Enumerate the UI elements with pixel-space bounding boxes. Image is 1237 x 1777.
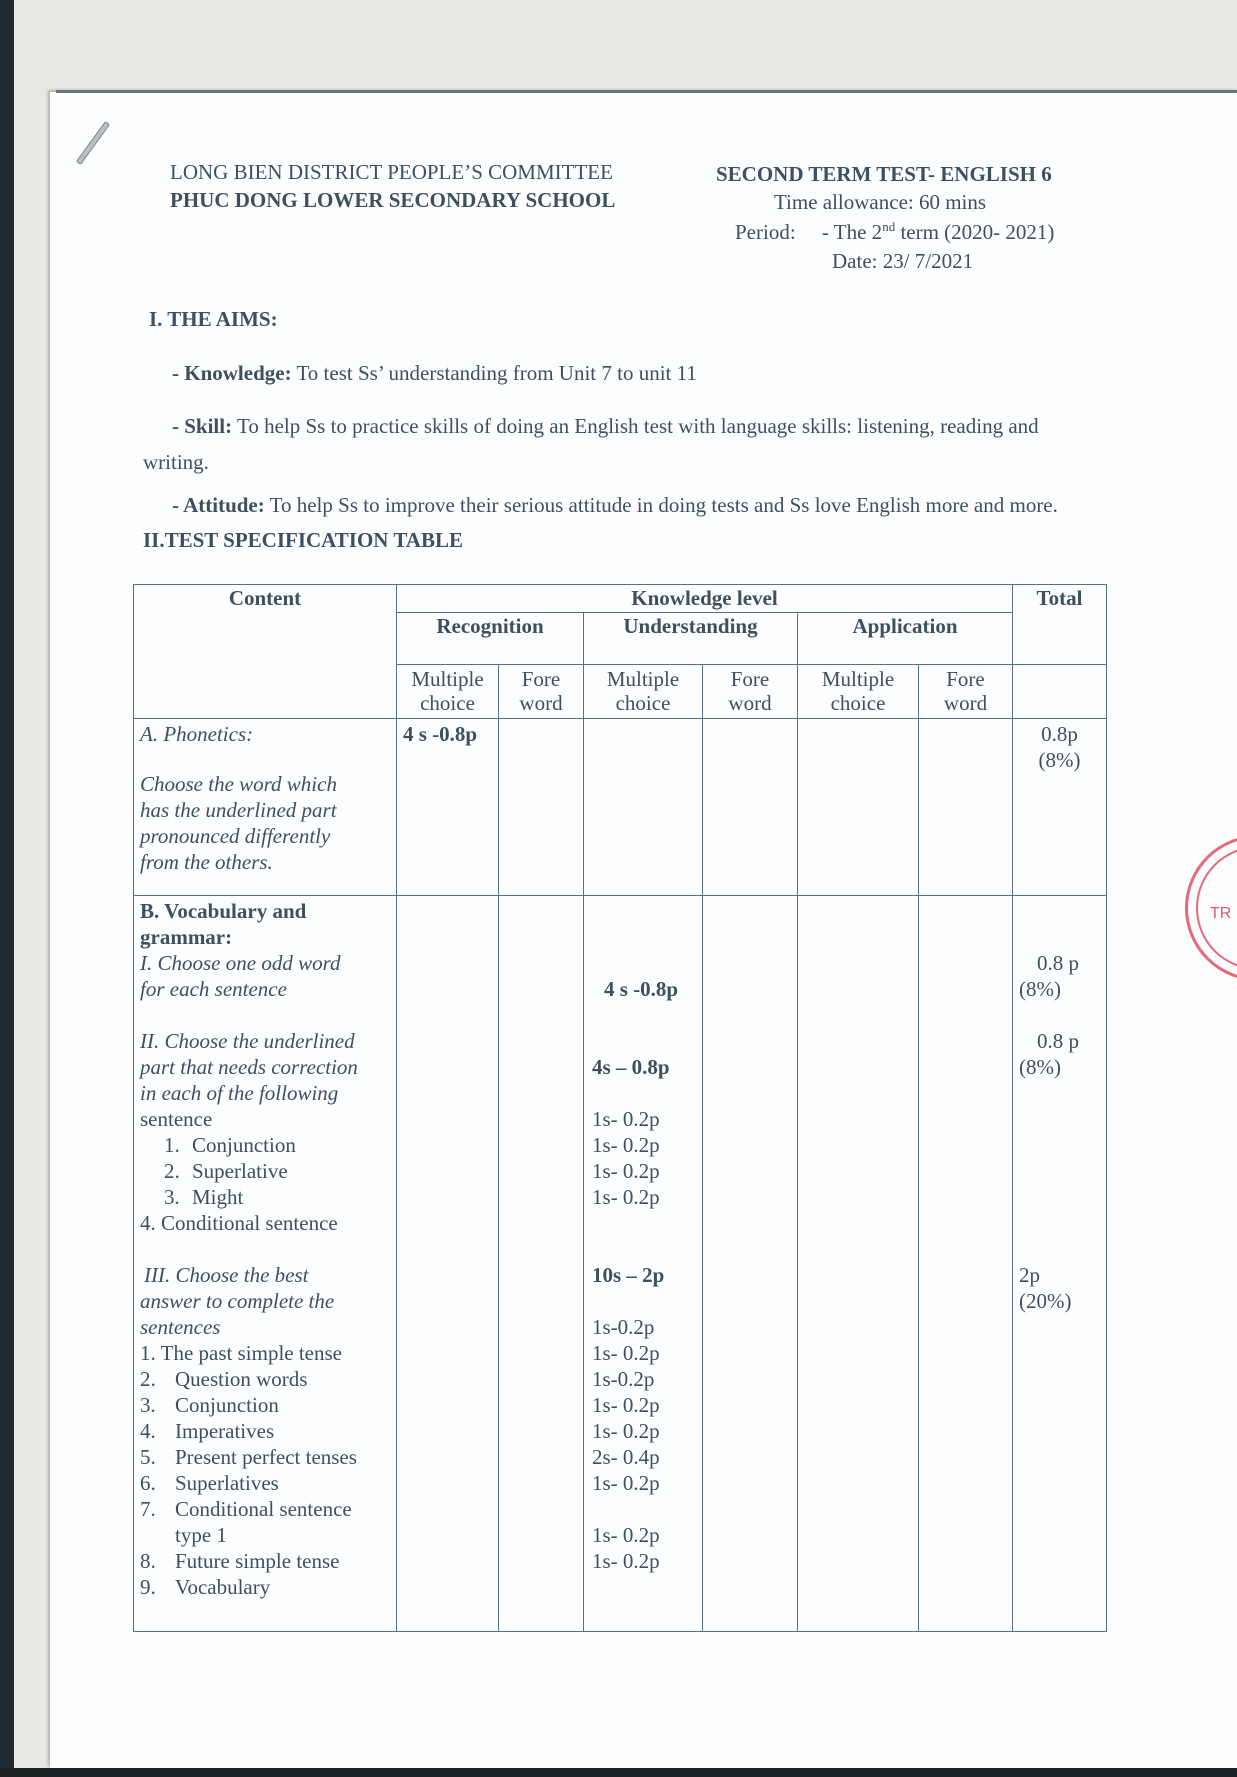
aim-skill: - Skill: To help Ss to practice skills o… [172,414,1152,439]
mc-line1: Multiple [804,667,912,691]
part2-score: 4s – 0.8p [592,1054,696,1080]
section-a-desc: pronounced differently [140,823,390,849]
aim-skill-cont: writing. [143,450,209,475]
item-score: 1s- 0.2p [592,1548,696,1574]
header-rec-mc: Multiplechoice [397,665,499,719]
period-label: Period: [735,220,796,244]
header-recognition: Recognition [397,613,584,665]
header-knowledge-level: Knowledge level [397,585,1013,613]
aim-attitude: - Attitude: To help Ss to improve their … [172,493,1058,518]
empty-cell [397,896,499,1632]
part3-desc: sentences [140,1314,390,1340]
list-item: 9.Vocabulary [140,1574,390,1600]
committee-name: LONG BIEN DISTRICT PEOPLE’S COMMITTEE [170,158,615,186]
fw-line1: Fore [925,667,1006,691]
item-score: 1s- 0.2p [592,1418,696,1444]
empty-cell [703,896,798,1632]
spec-table: Content Knowledge level Total Recognitio… [133,584,1107,1632]
total-percent: (20%) [1019,1288,1100,1314]
knowledge-label: - Knowledge: [172,361,292,385]
item-label: Present perfect tenses [175,1445,357,1469]
school-header: LONG BIEN DISTRICT PEOPLE’S COMMITTEE PH… [170,158,615,214]
mc-line2: choice [590,691,696,715]
scan-edge [0,0,14,1777]
fw-line2: word [505,691,577,715]
part1-desc: for each sentence [140,976,390,1002]
aims-heading: I. THE AIMS: [149,307,278,332]
test-date: Date: 23/ 7/2021 [832,249,973,274]
part2-desc: in each of the following [140,1080,390,1106]
section-a-rec-mc: 4 s -0.8p [397,719,499,896]
test-header: SECOND TERM TEST- ENGLISH 6 Time allowan… [730,160,1030,216]
list-item: 8.Future simple tense [140,1548,390,1574]
section-a-content: A. Phonetics: Choose the word which has … [134,719,397,896]
empty-cell [499,719,584,896]
item-label: Conjunction [192,1133,296,1157]
item-label: Imperatives [175,1419,274,1443]
page-edge [56,90,1237,93]
period-suffix: term (2020- 2021) [895,220,1054,244]
mc-line2: choice [403,691,492,715]
spec-heading: II.TEST SPECIFICATION TABLE [143,528,463,553]
section-b-und-mc: 4 s -0.8p 4s – 0.8p 1s- 0.2p 1s- 0.2p 1s… [584,896,703,1632]
header-rec-fw: Foreword [499,665,584,719]
attitude-label: - Attitude: [172,493,265,517]
empty-cell [499,896,584,1632]
item-num: 3. [164,1184,192,1210]
item-label: Might [192,1185,243,1209]
empty-cell [584,719,703,896]
item-num: 5. [140,1444,175,1470]
table-row-vocab-grammar: B. Vocabulary and grammar: I. Choose one… [134,896,1107,1632]
mc-line1: Multiple [590,667,696,691]
item-num: 1. [164,1132,192,1158]
part3-score: 10s – 2p [592,1262,696,1288]
list-item: 4.Imperatives [140,1418,390,1444]
fw-line2: word [709,691,791,715]
item-score: 1s- 0.2p [592,1158,696,1184]
item-label: Future simple tense [175,1549,339,1573]
list-item: type 1 [140,1522,390,1548]
section-b-total: 0.8 p (8%) 0.8 p (8%) 2p (20%) [1013,896,1107,1632]
list-item: 3.Might [140,1184,390,1210]
item-score: 1s- 0.2p [592,1470,696,1496]
section-a-desc: has the underlined part [140,797,390,823]
item-label: Vocabulary [175,1575,270,1599]
section-b-content: B. Vocabulary and grammar: I. Choose one… [134,896,397,1632]
period: Period: - The 2nd term (2020- 2021) [735,219,1054,245]
fw-line1: Fore [709,667,791,691]
aim-knowledge: - Knowledge: To test Ss’ understanding f… [172,361,697,386]
empty-cell [798,896,919,1632]
empty-cell [919,719,1013,896]
item-label: Conjunction [175,1393,279,1417]
item-num: 8. [140,1548,175,1574]
header-app-mc: Multiplechoice [798,665,919,719]
list-item: 1. The past simple tense [140,1340,390,1366]
section-a-total: 0.8p (8%) [1013,719,1107,896]
school-name: PHUC DONG LOWER SECONDARY SCHOOL [170,186,615,214]
stamp-text: TR [1210,905,1231,923]
list-item: 5.Present perfect tenses [140,1444,390,1470]
item-num: 2. [140,1366,175,1392]
part1-score: 4 s -0.8p [592,976,696,1002]
total-percent: (8%) [1019,976,1100,1002]
item-score [592,1496,696,1522]
header-total: Total [1013,585,1107,665]
part3-desc: III. Choose the best [140,1262,390,1288]
part1-desc: I. Choose one odd word [140,950,390,976]
header-und-fw: Foreword [703,665,798,719]
fw-line1: Fore [505,667,577,691]
period-prefix: - The 2 [822,220,882,244]
item-score: 1s- 0.2p [592,1522,696,1548]
item-score: 1s- 0.2p [592,1132,696,1158]
section-a-desc: from the others. [140,849,390,875]
item-num: 9. [140,1574,175,1600]
part2-desc: II. Choose the underlined [140,1028,390,1054]
item-label: Question words [175,1367,307,1391]
total-value: 0.8 p [1019,1028,1100,1054]
header-content: Content [134,585,397,719]
part2-desc: sentence [140,1106,390,1132]
list-item: 1.Conjunction [140,1132,390,1158]
mc-line1: Multiple [403,667,492,691]
total-percent: (8%) [1019,1054,1100,1080]
total-value: 0.8p [1019,721,1100,747]
item-num: 4. [140,1418,175,1444]
item-score: 1s- 0.2p [592,1392,696,1418]
item-num: 6. [140,1470,175,1496]
header-total-blank [1013,665,1107,719]
header-application: Application [798,613,1013,665]
table-row-phonetics: A. Phonetics: Choose the word which has … [134,719,1107,896]
total-value: 2p [1019,1262,1100,1288]
part3-desc: answer to complete the [140,1288,390,1314]
skill-text: To help Ss to practice skills of doing a… [232,414,1039,438]
header-app-fw: Foreword [919,665,1013,719]
time-allowance: Time allowance: 60 mins [730,188,1030,216]
header-und-mc: Multiplechoice [584,665,703,719]
skill-label: - Skill: [172,414,232,438]
empty-cell [703,719,798,896]
item-label: Superlative [192,1159,288,1183]
section-b-title: grammar: [140,924,390,950]
list-item: 4. Conditional sentence [140,1210,390,1236]
item-num: 3. [140,1392,175,1418]
fw-line2: word [925,691,1006,715]
scan-edge-bottom [0,1768,1237,1777]
item-score: 2s- 0.4p [592,1444,696,1470]
item-score: 1s- 0.2p [592,1184,696,1210]
knowledge-text: To test Ss’ understanding from Unit 7 to… [292,361,697,385]
item-num: 7. [140,1496,175,1522]
item-score: 1s-0.2p [592,1314,696,1340]
list-item: 7.Conditional sentence [140,1496,390,1522]
period-sup: nd [882,219,895,234]
item-label: type 1 [175,1523,227,1547]
test-title: SECOND TERM TEST- ENGLISH 6 [716,160,1046,188]
item-score: 1s- 0.2p [592,1106,696,1132]
item-label: Conditional sentence [175,1497,352,1521]
list-item: 3.Conjunction [140,1392,390,1418]
total-percent: (8%) [1019,747,1100,773]
list-item: 2.Question words [140,1366,390,1392]
section-b-title: B. Vocabulary and [140,898,390,924]
list-item: 6.Superlatives [140,1470,390,1496]
attitude-text: To help Ss to improve their serious atti… [265,493,1058,517]
mc-line2: choice [804,691,912,715]
empty-cell [798,719,919,896]
list-item: 2.Superlative [140,1158,390,1184]
part2-desc: part that needs correction [140,1054,390,1080]
header-understanding: Understanding [584,613,798,665]
item-score: 1s-0.2p [592,1366,696,1392]
item-score: 1s- 0.2p [592,1340,696,1366]
total-value: 0.8 p [1019,950,1100,976]
empty-cell [919,896,1013,1632]
item-label: Superlatives [175,1471,279,1495]
section-a-title: A. Phonetics: [140,721,390,747]
section-a-desc: Choose the word which [140,771,390,797]
item-num: 2. [164,1158,192,1184]
